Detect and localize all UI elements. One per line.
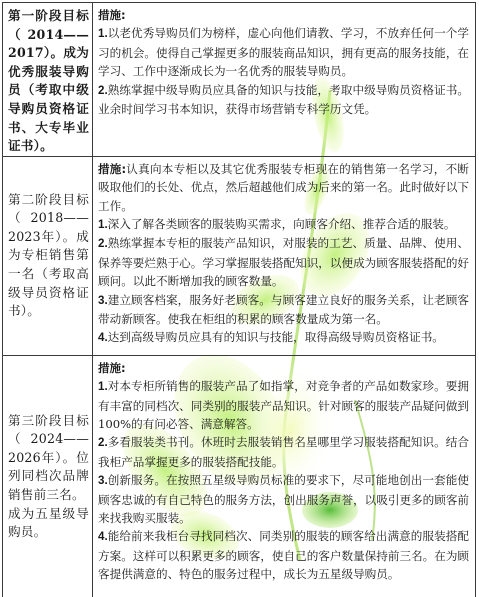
measure-item: 1.对本专柜所销售的服装产品了如指掌，对竞争者的产品如数家珍。要拥有丰富的同档次…: [98, 377, 469, 433]
goal-text: 第三阶段目标（2024——2026年）。位列同档次品牌销售前三名。: [8, 412, 89, 505]
measure-item: 3.创新服务。在按照五星级导购员标准的要求下，尽可能地创出一套能使顾客忠诚的有自…: [98, 471, 469, 527]
table-row-stage-1: 第一阶段目标（2014——2017）。成为优秀服装导购员（考取中级导购员资格证书…: [3, 3, 476, 157]
career-plan-table: 第一阶段目标（2014——2017）。成为优秀服装导购员（考取中级导购员资格证书…: [2, 2, 476, 597]
goal-text: 第二阶段目标（2018——2023年）。成为专柜销售第一名（考取高级导员资格证书…: [3, 191, 92, 321]
measure-item: 1.深入了解各类顾客的服装购买需求，向顾客介绍、推荐合适的服装。: [98, 215, 469, 234]
table-row-stage-2: 第二阶段目标（2018——2023年）。成为专柜销售第一名（考取高级导员资格证书…: [3, 156, 476, 355]
measures-cell-stage-1: 措施: 1.以老优秀导购员们为榜样，虚心向他们请教、学习，不放弃任何一个学习的机…: [93, 3, 476, 157]
measures-cell-stage-2: 措施:认真向本专柜以及其它优秀服装专柜现在的销售第一名学习，不断吸取他们的长处、…: [93, 156, 476, 355]
goal-cell-stage-1: 第一阶段目标（2014——2017）。成为优秀服装导购员（考取中级导购员资格证书…: [3, 3, 93, 157]
measures-label: 措施:: [98, 359, 469, 377]
measures-label: 措施:: [98, 6, 469, 24]
table-row-stage-3: 第三阶段目标（2024——2026年）。位列同档次品牌销售前三名。 成为五星级导…: [3, 355, 476, 597]
goal-text: 第一阶段目标（2014——2017）。成为优秀服装导购员（考取中级导购员资格证书…: [3, 3, 92, 156]
measure-item: 4.能给前来我柜台寻找同档次、同类别的服装的顾客给出满意的服装搭配方案。这样可以…: [98, 527, 469, 583]
measures-label: 措施:: [98, 162, 126, 176]
measures-intro: 措施:认真向本专柜以及其它优秀服装专柜现在的销售第一名学习，不断吸取他们的长处、…: [98, 160, 469, 215]
goal-text-secondary: 成为五星级导购员。: [8, 505, 89, 542]
goal-cell-stage-3: 第三阶段目标（2024——2026年）。位列同档次品牌销售前三名。 成为五星级导…: [3, 355, 93, 597]
measure-item: 2.熟练掌握中级导购员应具备的知识与技能，考取中级导购员资格证书。业余时间学习书…: [98, 81, 469, 119]
measure-item: 2.多看服装类书刊。休班时去服装销售名星哪里学习服装搭配知识。结合我柜产品掌握更…: [98, 433, 469, 471]
measure-item: 2.熟练掌握本专柜的服装产品知识，对服装的工艺、质量、品牌、使用、保养等要烂熟于…: [98, 234, 469, 290]
measures-cell-stage-3: 措施: 1.对本专柜所销售的服装产品了如指掌，对竞争者的产品如数家珍。要拥有丰富…: [93, 355, 476, 597]
measure-item: 3.建立顾客档案，服务好老顾客。与顾客建立良好的服务关系，让老顾客带动新顾客。使…: [98, 291, 469, 329]
goal-cell-stage-2: 第二阶段目标（2018——2023年）。成为专柜销售第一名（考取高级导员资格证书…: [3, 156, 93, 355]
measure-item: 4.达到高级导购员应具有的知识与技能，取得高级导购员资格证书。: [98, 328, 469, 347]
measure-item: 1.以老优秀导购员们为榜样，虚心向他们请教、学习，不放弃任何一个学习的机会。使得…: [98, 24, 469, 80]
